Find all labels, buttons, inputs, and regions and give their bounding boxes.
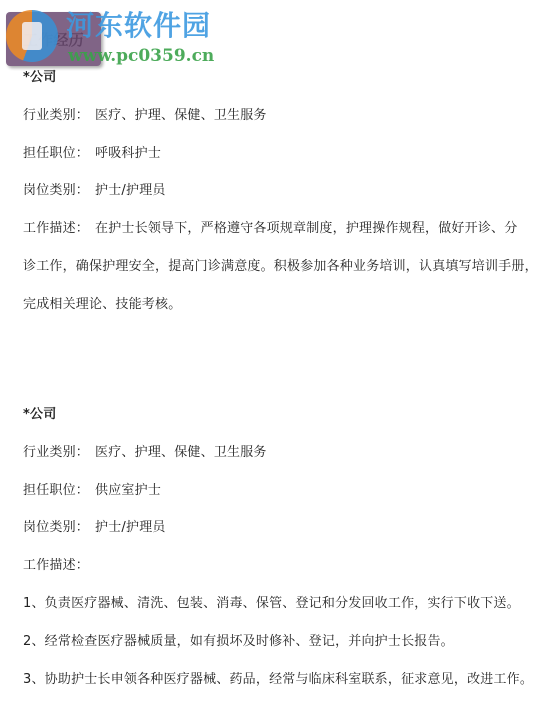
watermark-logo-icon <box>6 10 58 62</box>
watermark-url: www.pc0359.cn <box>68 46 214 66</box>
description-line: 1、负责医疗器械、清洗、包装、消毒、保管、登记和分发回收工作，实行下收下送。 <box>23 596 520 612</box>
job-2-position-row: 担任职位：供应室护士 <box>23 483 161 499</box>
job-2-company: *公司 <box>23 407 56 423</box>
category-label: 岗位类别： <box>23 183 89 198</box>
description-line: 完成相关理论、技能考核。 <box>23 297 181 313</box>
position-label: 担任职位： <box>23 483 89 498</box>
job-1-company: *公司 <box>23 70 56 86</box>
job-1-industry-row: 行业类别：医疗、护理、保健、卫生服务 <box>23 108 267 124</box>
description-line: 3、协助护士长申领各种医疗器械、药品，经常与临床科室联系，征求意见，改进工作。 <box>23 672 533 688</box>
job-1-description-row: 工作描述：在护士长领导下，严格遵守各项规章制度，护理操作规程，做好开诊、分 <box>23 221 517 237</box>
description-line: 诊工作，确保护理安全，提高门诊满意度。积极参加各种业务培训，认真填写培训手册， <box>23 259 538 275</box>
description-line: 在护士长领导下，严格遵守各项规章制度，护理操作规程，做好开诊、分 <box>95 221 517 236</box>
category-value: 护士/护理员 <box>95 183 166 198</box>
position-label: 担任职位： <box>23 146 89 161</box>
industry-value: 医疗、护理、保健、卫生服务 <box>95 108 267 123</box>
watermark-site-name: 河东软件园 <box>66 4 211 44</box>
position-value: 呼吸科护士 <box>95 146 161 161</box>
category-label: 岗位类别： <box>23 520 89 535</box>
job-2-industry-row: 行业类别：医疗、护理、保健、卫生服务 <box>23 445 267 461</box>
industry-value: 医疗、护理、保健、卫生服务 <box>95 445 267 460</box>
job-2-description-label: 工作描述： <box>23 558 89 574</box>
job-2-category-row: 岗位类别：护士/护理员 <box>23 520 166 536</box>
description-label: 工作描述： <box>23 221 89 236</box>
industry-label: 行业类别： <box>23 445 89 460</box>
industry-label: 行业类别： <box>23 108 89 123</box>
position-value: 供应室护士 <box>95 483 161 498</box>
job-1-position-row: 担任职位：呼吸科护士 <box>23 146 161 162</box>
job-1-category-row: 岗位类别：护士/护理员 <box>23 183 166 199</box>
category-value: 护士/护理员 <box>95 520 166 535</box>
description-line: 2、经常检查医疗器械质量，如有损坏及时修补、登记，并向护士长报告。 <box>23 634 454 650</box>
